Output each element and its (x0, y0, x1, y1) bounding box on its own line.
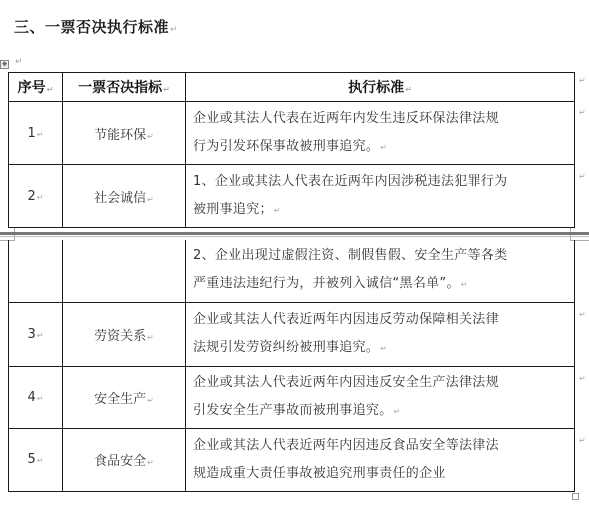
row-indicator (63, 240, 186, 302)
table-move-handle-icon[interactable]: ✥ (0, 60, 9, 69)
row-indicator: 劳资关系↵ (63, 302, 186, 366)
section-heading: 三、一票否决执行标准↵ (14, 16, 178, 37)
row-standard: 企业或其法人代表在近两年内发生违反环保法律法规行为引发环保事故被刑事追究。↵ (186, 102, 575, 165)
table-header-row: 序号↵ 一票否决指标↵ 执行标准↵ (9, 73, 575, 102)
table-row: 2↵ 社会诚信↵ 1、企业或其法人代表在近两年内因涉税违法犯罪行为被刑事追究；↵ (9, 165, 575, 228)
page-break-divider (0, 232, 589, 235)
row-number: 5↵ (9, 428, 63, 491)
header-standard: 执行标准↵ (186, 73, 575, 102)
table-row: 2、企业出现过虚假注资、制假售假、安全生产等各类严重违法违纪行为，并被列入诚信“… (9, 240, 575, 302)
row-standard: 企业或其法人代表近两年内因违反安全生产法律法规引发安全生产事故而被刑事追究。↵ (186, 366, 575, 428)
paragraph-mark-icon: ↵ (170, 25, 178, 35)
row-standard: 企业或其法人代表近两年内因违反劳动保障相关法律法规引发劳资纠纷被刑事追究。↵ (186, 302, 575, 366)
table-row: 5↵ 食品安全↵ 企业或其法人代表近两年内因违反食品安全等法律法规造成重大责任事… (9, 428, 575, 491)
header-number: 序号↵ (9, 73, 63, 102)
row-end-mark-icon: ↵ (579, 172, 586, 181)
table-resize-handle[interactable] (572, 493, 579, 500)
row-end-mark-icon: ↵ (579, 76, 586, 85)
row-end-mark-icon: ↵ (579, 374, 586, 383)
row-indicator: 安全生产↵ (63, 366, 186, 428)
row-indicator: 社会诚信↵ (63, 165, 186, 228)
row-standard: 企业或其法人代表近两年内因违反食品安全等法律法规造成重大责任事故被追究刑事责任的… (186, 428, 575, 491)
criteria-table-part2: 2、企业出现过虚假注资、制假售假、安全生产等各类严重违法违纪行为，并被列入诚信“… (8, 240, 575, 492)
header-indicator: 一票否决指标↵ (63, 73, 186, 102)
row-standard: 1、企业或其法人代表在近两年内因涉税违法犯罪行为被刑事追究；↵ (186, 165, 575, 228)
table-row: 1↵ 节能环保↵ 企业或其法人代表在近两年内发生违反环保法律法规行为引发环保事故… (9, 102, 575, 165)
cell-mark-icon: ↵ (47, 85, 54, 94)
cell-mark-icon: ↵ (405, 85, 412, 94)
row-end-mark-icon: ↵ (579, 310, 586, 319)
row-end-mark-icon: ↵ (579, 436, 586, 445)
table-row: 3↵ 劳资关系↵ 企业或其法人代表近两年内因违反劳动保障相关法律法规引发劳资纠纷… (9, 302, 575, 366)
row-number: 2↵ (9, 165, 63, 228)
paragraph-mark-icon: ↵ (15, 57, 23, 67)
row-number: 4↵ (9, 366, 63, 428)
page-break-divider (0, 236, 589, 237)
row-indicator: 食品安全↵ (63, 428, 186, 491)
criteria-table-part1: 序号↵ 一票否决指标↵ 执行标准↵ 1↵ 节能环保↵ 企业或其法人代表在近两年内… (8, 72, 575, 228)
row-end-mark-icon: ↵ (579, 108, 586, 117)
row-number: 1↵ (9, 102, 63, 165)
row-number (9, 240, 63, 302)
row-number: 3↵ (9, 302, 63, 366)
table-row: 4↵ 安全生产↵ 企业或其法人代表近两年内因违反安全生产法律法规引发安全生产事故… (9, 366, 575, 428)
row-standard: 2、企业出现过虚假注资、制假售假、安全生产等各类严重违法违纪行为，并被列入诚信“… (186, 240, 575, 302)
cell-mark-icon: ↵ (163, 85, 170, 94)
row-indicator: 节能环保↵ (63, 102, 186, 165)
